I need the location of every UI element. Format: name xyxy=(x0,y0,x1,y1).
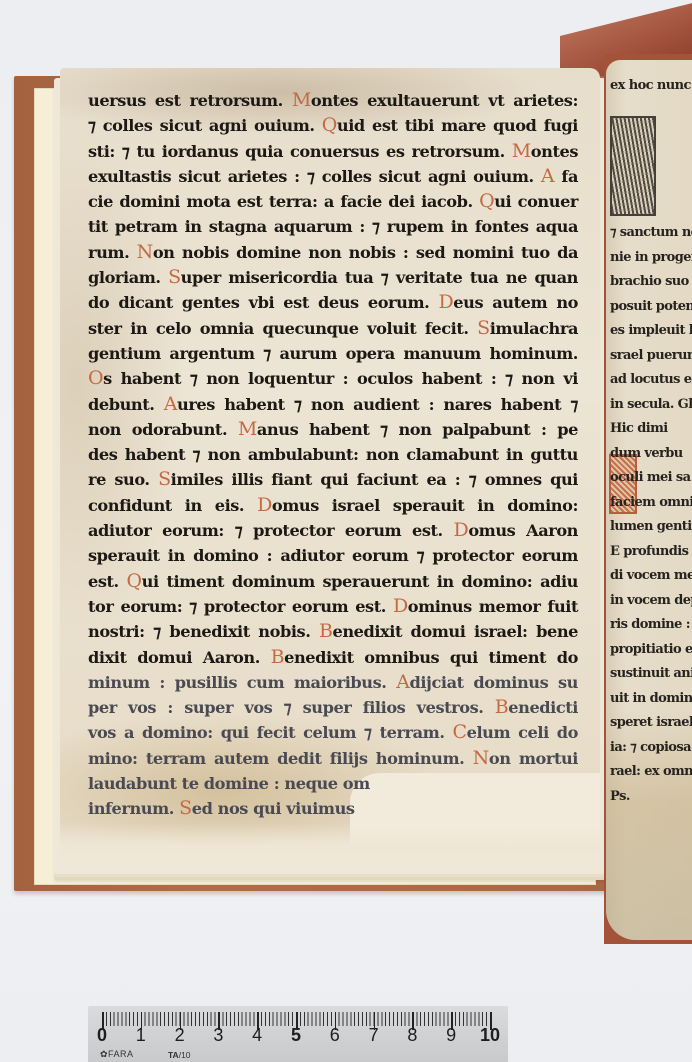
text-segment: s habent ⁊ non loquentur : oculos habent… xyxy=(103,369,578,388)
ruler-model-label: TA/10 xyxy=(168,1050,191,1060)
text-segment: rum. xyxy=(88,243,137,262)
right-text-line: rael: ex omnibus iniqu xyxy=(610,760,692,785)
text-segment: tor eorum: ⁊ protector eorum est. xyxy=(88,597,393,616)
rubricated-initial: B xyxy=(319,620,333,642)
ruler-number: 4 xyxy=(252,1025,262,1046)
text-line: re suo. Similes illis fiant qui faciunt … xyxy=(88,467,578,492)
right-text-line: in vocem deprecationis xyxy=(610,589,692,614)
text-segment: imiles illis fiant qui faciunt ea : ⁊ om… xyxy=(171,470,578,489)
rubricated-initial: S xyxy=(168,266,181,288)
right-text-line xyxy=(610,148,692,173)
text-segment: anus habent ⁊ non palpabunt : pe xyxy=(257,420,578,439)
text-segment: uersus est retrorsum. xyxy=(88,91,292,110)
ruler-number: 9 xyxy=(446,1025,456,1046)
text-segment: des habent ⁊ non ambulabunt: non clamabu… xyxy=(88,445,578,464)
text-segment: ster in celo omnia quecunque voluit feci… xyxy=(88,319,477,338)
rubricated-initial: D xyxy=(393,595,408,617)
text-segment: eus autem no xyxy=(453,293,578,312)
ruler-model-bold: TA xyxy=(168,1050,179,1060)
paper-repair-bottom xyxy=(60,823,600,853)
rubricated-initial: B xyxy=(271,646,285,668)
ruler-number: 1 xyxy=(136,1025,146,1046)
text-line: infernum. Sed nos qui viuimus xyxy=(88,796,578,821)
right-text-line: brachio suo : dispe xyxy=(610,270,692,295)
text-segment: enedicti xyxy=(508,698,578,717)
text-segment: dixit domui Aaron. xyxy=(88,648,271,667)
text-line: minum : pusillis cum maioribus. Adijciat… xyxy=(88,670,578,695)
text-segment: est. xyxy=(88,572,127,591)
text-line: sperauit in domino : adiutor eorum ⁊ pro… xyxy=(88,543,578,568)
text-segment: per vos : super vos ⁊ super filios vestr… xyxy=(88,698,495,717)
scale-ruler: 012345678910 ✿FARA TA/10 xyxy=(88,1006,508,1062)
right-text-line: Hic dimi xyxy=(610,417,692,442)
rubricated-initial: M xyxy=(512,140,531,162)
right-text-line xyxy=(610,99,692,124)
right-text-line: uit in domino. Custo xyxy=(610,687,692,712)
text-line: des habent ⁊ non ambulabunt: non clamabu… xyxy=(88,442,578,467)
rubricated-initial: S xyxy=(158,468,171,490)
text-segment: gloriam. xyxy=(88,268,168,287)
right-text-line: ris domine : domine xyxy=(610,613,692,638)
text-line: do dicant gentes vbi est deus eorum. Deu… xyxy=(88,290,578,315)
text-line: gentium argentum ⁊ aurum opera manuum ho… xyxy=(88,341,578,366)
right-text-line: propitiatio est: ⁊ propter xyxy=(610,638,692,663)
rubricated-initial: A xyxy=(164,393,177,415)
rubricated-initial: D xyxy=(257,494,272,516)
rubricated-initial: B xyxy=(495,696,509,718)
text-line: uersus est retrorsum. Montes exultauerun… xyxy=(88,88,578,113)
text-segment: debunt. xyxy=(88,395,164,414)
text-segment: on mortui xyxy=(489,749,578,768)
ruler-number: 7 xyxy=(369,1025,379,1046)
rubricated-initial: O xyxy=(88,367,103,389)
ruler-number: 3 xyxy=(213,1025,223,1046)
text-segment: minum : pusillis cum maioribus. xyxy=(88,673,396,692)
ruler-model-rest: /10 xyxy=(179,1050,191,1060)
ruler-major-ticks: 012345678910 xyxy=(88,1006,508,1062)
text-line: exultastis sicut arietes : ⁊ colles sicu… xyxy=(88,164,578,189)
text-line: ster in celo omnia quecunque voluit feci… xyxy=(88,316,578,341)
text-segment: ures habent ⁊ non audient : nares habent… xyxy=(177,395,578,414)
text-segment: nostri: ⁊ benedixit nobis. xyxy=(88,622,319,641)
text-segment: dijciat dominus su xyxy=(409,673,578,692)
text-segment: omus Aaron xyxy=(468,521,578,540)
text-segment: ui timent dominum sperauerunt in domino:… xyxy=(142,572,578,591)
rubricated-initial: M xyxy=(292,89,311,111)
right-text-line: ⁊ sanctum nomen xyxy=(610,221,692,246)
text-line: non odorabunt. Manus habent ⁊ non palpab… xyxy=(88,417,578,442)
book-photo-scene: uersus est retrorsum. Montes exultauerun… xyxy=(0,0,692,1062)
rubricated-initial: S xyxy=(477,317,490,339)
text-segment: confidunt in eis. xyxy=(88,496,257,515)
rubricated-initial: A xyxy=(541,165,554,187)
text-line: tit petram in stagna aquarum : ⁊ rupem i… xyxy=(88,214,578,239)
text-segment: elum celi do xyxy=(467,723,578,742)
text-segment: uid est tibi mare quod fugi xyxy=(337,116,578,135)
text-line: est. Qui timent dominum sperauerunt in d… xyxy=(88,569,578,594)
right-page-text-block: ex hoc nunc ⁊ v⁊ sanctum nomennie in pro… xyxy=(610,74,692,809)
rubricated-initial: Q xyxy=(322,114,337,136)
right-text-line: Ps. xyxy=(610,785,692,810)
rubricated-initial: S xyxy=(179,797,192,819)
rubricated-initial: A xyxy=(396,671,409,693)
text-segment: imulachra xyxy=(490,319,578,338)
rubricated-initial: M xyxy=(238,418,257,440)
text-segment: gentium argentum ⁊ aurum opera manuum ho… xyxy=(88,344,578,363)
text-line: Os habent ⁊ non loquentur : oculos haben… xyxy=(88,366,578,391)
ruler-number: 2 xyxy=(175,1025,185,1046)
text-line: ⁊ colles sicut agni ouium. Quid est tibi… xyxy=(88,113,578,138)
text-line: mino: terram autem dedit filijs hominum.… xyxy=(88,746,578,771)
rubricated-initial: C xyxy=(453,721,467,743)
ruler-brand-label: ✿FARA xyxy=(100,1049,134,1060)
text-segment: ominus memor fuit xyxy=(408,597,578,616)
text-segment: ui conuer xyxy=(494,192,578,211)
right-text-line xyxy=(610,172,692,197)
text-segment: adiutor eorum: ⁊ protector eorum est. xyxy=(88,521,454,540)
ruler-number: 10 xyxy=(480,1025,500,1046)
rubricated-initial: N xyxy=(473,747,489,769)
text-line: rum. Non nobis domine non nobis : sed no… xyxy=(88,240,578,265)
rubricated-initial: Q xyxy=(127,570,142,592)
text-line: gloriam. Super misericordia tua ⁊ verita… xyxy=(88,265,578,290)
text-segment: non odorabunt. xyxy=(88,420,238,439)
right-text-line xyxy=(610,197,692,222)
text-segment: enedixit domui israel: bene xyxy=(332,622,578,641)
text-line: adiutor eorum: ⁊ protector eorum est. Do… xyxy=(88,518,578,543)
text-segment: ontes xyxy=(531,142,578,161)
right-text-line: di vocem meam xyxy=(610,564,692,589)
text-segment: tit petram in stagna aquarum : ⁊ rupem i… xyxy=(88,217,578,236)
rubricated-initial: Q xyxy=(479,190,494,212)
right-text-line: lumen gentium: ⁊ glo xyxy=(610,515,692,540)
text-line: cie domini mota est terra: a facie dei i… xyxy=(88,189,578,214)
text-line: dixit domui Aaron. Benedixit omnibus qui… xyxy=(88,645,578,670)
text-segment: laudabunt te domine : neque om xyxy=(88,774,370,793)
text-line: nostri: ⁊ benedixit nobis. Benedixit dom… xyxy=(88,619,578,644)
text-segment: infernum. xyxy=(88,799,179,818)
right-text-line: oculi mei sa xyxy=(610,466,692,491)
text-line: per vos : super vos ⁊ super filios vestr… xyxy=(88,695,578,720)
text-segment: on nobis domine non nobis : sed nomini t… xyxy=(153,243,578,262)
text-line: tor eorum: ⁊ protector eorum est. Dominu… xyxy=(88,594,578,619)
text-segment: enedixit omnibus qui timent do xyxy=(284,648,578,667)
text-segment: vos a domino: qui fecit celum ⁊ terram. xyxy=(88,723,453,742)
text-segment: omus israel sperauit in domino: xyxy=(272,496,578,515)
text-line: confidunt in eis. Domus israel sperauit … xyxy=(88,493,578,518)
right-text-line: es impleuit bonis : xyxy=(610,319,692,344)
rubricated-initial: D xyxy=(454,519,469,541)
text-segment: ontes exultauerunt vt arietes: xyxy=(311,91,578,110)
right-text-line: E profundis cla xyxy=(610,540,692,565)
rubricated-initial: D xyxy=(438,291,453,313)
right-text-line: dum verbu xyxy=(610,442,692,467)
text-segment: ed nos qui viuimus xyxy=(192,799,355,818)
text-line: debunt. Aures habent ⁊ non audient : nar… xyxy=(88,392,578,417)
right-text-line: faciem omni xyxy=(610,491,692,516)
ruler-number: 6 xyxy=(330,1025,340,1046)
text-segment: uper misericordia tua ⁊ veritate tua ne … xyxy=(181,268,578,287)
text-line: laudabunt te domine : neque om xyxy=(88,771,578,796)
right-text-line: speret israel in domino. xyxy=(610,711,692,736)
text-line: sti: ⁊ tu iordanus quia conuersus es ret… xyxy=(88,139,578,164)
right-text-line: ad locutus est ad pa xyxy=(610,368,692,393)
text-segment: re suo. xyxy=(88,470,158,489)
text-segment: exultastis sicut arietes : ⁊ colles sicu… xyxy=(88,167,541,186)
text-segment: sti: ⁊ tu iordanus quia conuersus es ret… xyxy=(88,142,512,161)
text-line: vos a domino: qui fecit celum ⁊ terram. … xyxy=(88,720,578,745)
right-text-line: in secula. Gloria xyxy=(610,393,692,418)
right-text-line: posuit potentes de xyxy=(610,295,692,320)
right-text-line xyxy=(610,123,692,148)
ruler-number: 5 xyxy=(291,1025,301,1046)
text-segment: sperauit in domino : adiutor eorum ⁊ pro… xyxy=(88,546,578,565)
ruler-number: 0 xyxy=(97,1025,107,1046)
rubricated-initial: N xyxy=(137,241,153,263)
text-segment: ⁊ colles sicut agni ouium. xyxy=(88,116,322,135)
right-text-line: ex hoc nunc ⁊ v xyxy=(610,74,692,99)
text-segment: mino: terram autem dedit filijs hominum. xyxy=(88,749,473,768)
right-text-line: sustinuit anima mea i xyxy=(610,662,692,687)
right-text-line: nie in progenies ti xyxy=(610,246,692,271)
text-segment: cie domini mota est terra: a facie dei i… xyxy=(88,192,479,211)
ruler-number: 8 xyxy=(407,1025,417,1046)
text-segment: fa xyxy=(554,167,578,186)
left-page-text-block: uersus est retrorsum. Montes exultauerun… xyxy=(88,88,578,822)
text-segment: do dicant gentes vbi est deus eorum. xyxy=(88,293,438,312)
right-text-line: ia: ⁊ copiosa apud eum xyxy=(610,736,692,761)
right-text-line: srael puerum suum : xyxy=(610,344,692,369)
